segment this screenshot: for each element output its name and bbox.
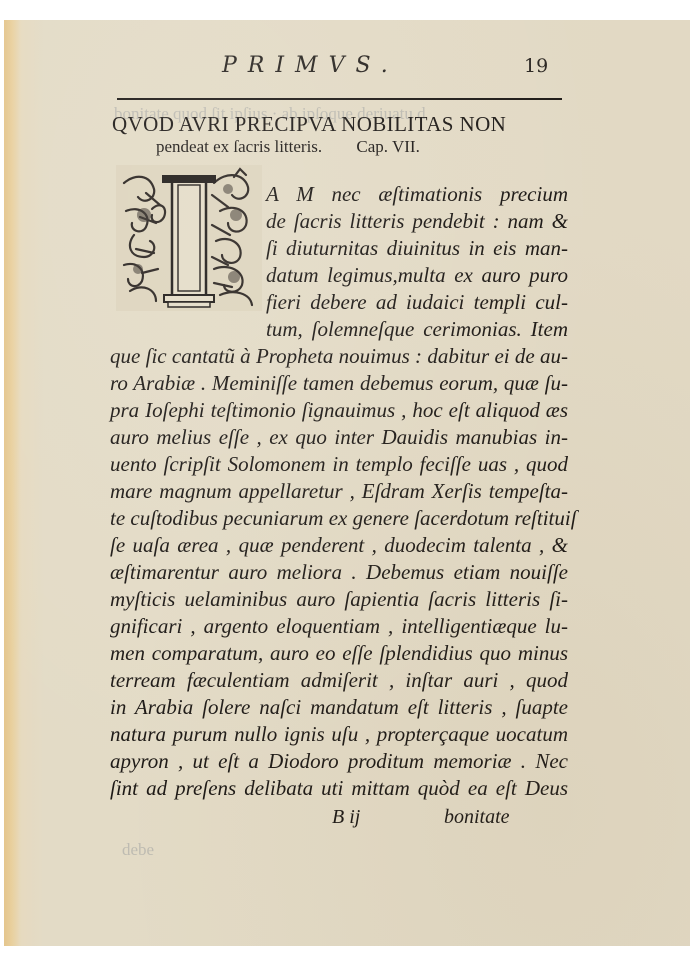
body-line: ſi diuturnitas diuinitus in eis man-	[266, 236, 568, 261]
header-rule	[117, 98, 562, 100]
body-line: que ſic cantatũ à Propheta nouimus : dab…	[110, 344, 568, 369]
body-line: A M nec æſtimationis precium	[266, 182, 568, 207]
body-line: fieri debere ad iudaici templi cul-	[266, 290, 568, 315]
body-line: ſe uaſa ærea , quæ penderent , duodecim …	[110, 533, 568, 558]
body-line: terream fæculentiam admiſerit , inſtar a…	[110, 668, 568, 693]
page-number: 19	[524, 55, 548, 77]
body-line: ro Arabiæ . Meminiſſe tamen debemus eoru…	[110, 371, 568, 396]
body-line: natura purum nullo ignis uſu , propterça…	[110, 722, 568, 747]
ornamental-dropcap-icon	[116, 165, 262, 311]
body-line: ſint ad preſens delibata uti mittam quòd…	[110, 776, 568, 801]
running-title: PRIMVS.	[222, 53, 399, 78]
body-line: de ſacris litteris pendebit : nam &	[266, 209, 568, 234]
book-page: bonitate quod ſit ipſius · ab ipſoque de…	[4, 20, 690, 946]
body-line: mare magnum appellaretur , Eſdram Xerſis…	[110, 479, 568, 504]
body-line: æſtimarentur auro meliora . Debemus etia…	[110, 560, 568, 585]
body-line: apyron , ut eſt a Diodoro proditum memor…	[110, 749, 568, 774]
catchword: bonitate	[444, 806, 510, 829]
body-line: gnificari , argento eloquentiam , intell…	[110, 614, 568, 639]
body-line: myſticis uelaminibus auro ſapientia ſacr…	[110, 587, 568, 612]
body-line: auro melius eſſe , ex quo inter Dauidis …	[110, 425, 568, 450]
body-line: uento ſcripſit Solomonem in templo feciſ…	[110, 452, 568, 477]
chapter-subtitle-text: pendeat ex ſacris litteris.	[156, 137, 322, 156]
gutter-stain	[4, 20, 20, 946]
body-line: men comparatum, auro eo eſſe ſplendidius…	[110, 641, 568, 666]
signature-mark: B ij	[332, 806, 360, 829]
chapter-subtitle: pendeat ex ſacris litteris. Cap. VII.	[156, 137, 556, 157]
show-through-text: debe	[122, 840, 154, 860]
body-line: tum, ſolemneſque cerimonias. Item	[266, 317, 568, 342]
body-line: in Arabia ſolere naſci mandatum eſt litt…	[110, 695, 568, 720]
chapter-number: Cap. VII.	[356, 137, 419, 156]
body-line: te cuſtodibus pecuniarum ex genere ſacer…	[110, 506, 568, 531]
body-line: pra Ioſephi teſtimonio ſignauimus , hoc …	[110, 398, 568, 423]
body-line: datum legimus,multa ex auro puro	[266, 263, 568, 288]
chapter-title: QVOD AVRI PRECIPVA NOBILITAS NON	[112, 112, 572, 137]
running-head: PRIMVS. 19	[4, 53, 690, 83]
